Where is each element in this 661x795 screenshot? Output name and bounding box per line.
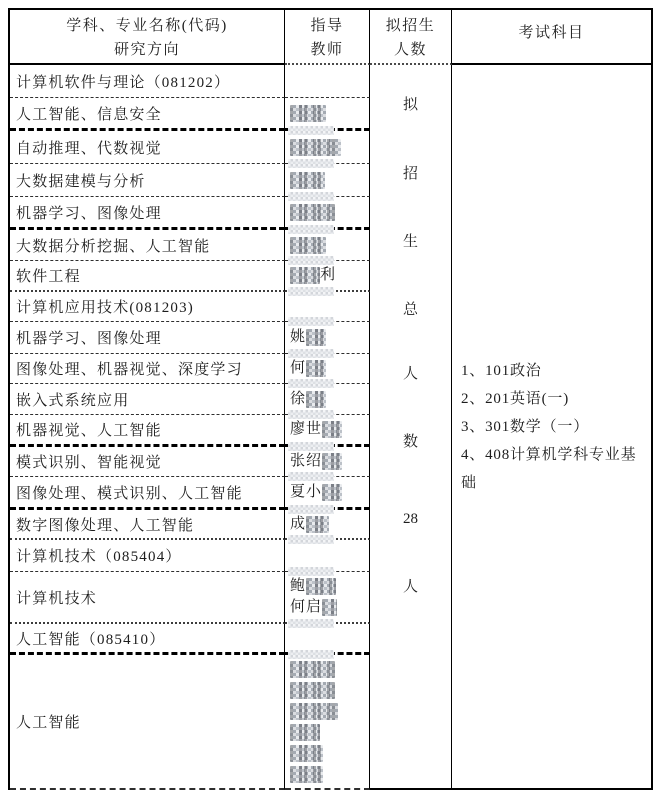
direction-cell: 自动推理、代数视觉	[10, 131, 285, 164]
redacted-name	[322, 453, 342, 470]
advisor-name-line: 成	[290, 514, 369, 535]
direction-cell: 机器学习、图像处理	[10, 197, 285, 230]
enrollment-vertical-char: 人	[370, 365, 451, 383]
advisor-name-fragment: 廖世	[290, 419, 322, 440]
direction-label: 人工智能、信息安全	[16, 103, 162, 124]
redaction-strip	[288, 287, 334, 296]
redaction-strip	[288, 379, 334, 388]
direction-cell: 大数据建模与分析	[10, 164, 285, 197]
advisor-name-line: 夏小	[290, 482, 369, 503]
advisor-name-line: 张绍	[290, 451, 369, 472]
advisor-name-line	[290, 701, 369, 722]
advisor-name-fragment: 夏小	[290, 482, 322, 503]
enrollment-vertical-char: 总	[370, 301, 451, 319]
redacted-name	[290, 766, 323, 783]
redaction-strip	[288, 535, 334, 544]
advisor-name-fragment: 鲍	[290, 576, 306, 597]
direction-cell: 计算机软件与理论（081202）	[10, 65, 285, 98]
redaction-strip	[288, 472, 334, 481]
direction-cell: 人工智能	[10, 655, 285, 790]
exam-subject-item: 4、408计算机学科专业基础	[461, 441, 643, 497]
header-enrollment-line2: 人数	[394, 38, 427, 59]
direction-label: 大数据建模与分析	[16, 170, 146, 191]
advisor-name-line	[290, 103, 369, 124]
exam-subject-item: 1、101政治	[461, 357, 643, 385]
advisor-name-fragment: 利	[320, 265, 336, 286]
direction-cell: 计算机技术	[10, 572, 285, 624]
redaction-strip	[288, 410, 334, 419]
advisor-name-line: 姚	[290, 327, 369, 348]
direction-cell: 模式识别、智能视觉	[10, 447, 285, 477]
exam-subject-item: 2、201英语(一)	[461, 385, 643, 413]
redacted-name	[290, 703, 338, 720]
direction-cell: 机器视觉、人工智能	[10, 415, 285, 447]
direction-cell: 嵌入式系统应用	[10, 384, 285, 415]
direction-label: 机器学习、图像处理	[16, 327, 162, 348]
enrollment-vertical-char: 数	[370, 433, 451, 451]
redaction-strip	[288, 567, 334, 576]
redacted-name	[290, 204, 335, 221]
exam-subjects-merged-cell: 1、101政治2、201英语(一)3、301数学（一）4、408计算机学科专业基…	[452, 65, 651, 790]
direction-label: 人工智能	[16, 711, 81, 732]
header-subject-line1: 学科、专业名称(代码)	[66, 14, 228, 35]
redacted-name	[290, 172, 325, 189]
advisor-name-line	[290, 659, 369, 680]
redacted-name	[322, 484, 342, 501]
direction-cell: 计算机技术（085404）	[10, 540, 285, 572]
redaction-strip	[288, 505, 334, 514]
advisor-name-fragment: 徐	[290, 389, 306, 410]
advisor-name-line	[290, 680, 369, 701]
redacted-name	[306, 329, 326, 346]
enrollment-merged-cell: 拟招生总人数28人	[370, 65, 452, 790]
redacted-name	[290, 237, 326, 254]
direction-label: 人工智能（085410）	[16, 628, 165, 649]
advisor-name-line	[290, 743, 369, 764]
direction-label: 软件工程	[16, 265, 81, 286]
redaction-strip	[288, 619, 334, 628]
redaction-strip	[288, 192, 334, 201]
redacted-name	[306, 360, 326, 377]
advisor-name-fragment: 何启	[290, 597, 322, 618]
advisor-cell: 鲍何启	[285, 572, 370, 624]
direction-cell: 图像处理、模式识别、人工智能	[10, 477, 285, 510]
enrollment-vertical-char: 28	[370, 510, 451, 528]
redacted-name	[290, 661, 335, 678]
header-exam-subjects: 考试科目	[452, 10, 651, 65]
direction-cell: 人工智能、信息安全	[10, 98, 285, 131]
redaction-strip	[288, 256, 334, 265]
advisor-name-line	[290, 235, 369, 256]
enrollment-vertical-char: 生	[370, 233, 451, 251]
direction-cell: 计算机应用技术(081203)	[10, 292, 285, 322]
direction-label: 自动推理、代数视觉	[16, 137, 162, 158]
direction-label: 大数据分析挖掘、人工智能	[16, 235, 210, 256]
advisor-name-line	[290, 170, 369, 191]
direction-label: 计算机软件与理论（081202）	[16, 71, 230, 92]
redaction-strip	[288, 317, 334, 326]
direction-label: 机器学习、图像处理	[16, 202, 162, 223]
direction-label: 计算机技术（085404）	[16, 545, 182, 566]
redacted-name	[306, 578, 336, 595]
advisor-name-fragment: 张绍	[290, 451, 322, 472]
header-exam-subjects-label: 考试科目	[518, 21, 584, 42]
direction-label: 计算机技术	[16, 587, 97, 608]
redacted-name	[290, 724, 320, 741]
redacted-name	[322, 421, 342, 438]
redacted-name	[290, 745, 323, 762]
advisor-name-line	[290, 202, 369, 223]
admissions-table: 学科、专业名称(代码) 研究方向 指导 教师 拟招生 人数 考试科目 拟招生总人…	[8, 8, 653, 790]
redacted-name	[290, 139, 341, 156]
advisor-name-line	[290, 722, 369, 743]
redaction-strip	[288, 126, 334, 135]
redacted-name	[290, 682, 335, 699]
redaction-strip	[288, 442, 334, 451]
header-subject-line2: 研究方向	[114, 38, 180, 59]
advisor-name-line	[290, 764, 369, 785]
enrollment-vertical-char: 招	[370, 165, 451, 183]
enrollment-vertical-char: 人	[370, 578, 451, 596]
redacted-name	[306, 516, 329, 533]
direction-cell: 大数据分析挖掘、人工智能	[10, 230, 285, 261]
direction-label: 图像处理、模式识别、人工智能	[16, 482, 243, 503]
enrollment-vertical-char: 拟	[370, 96, 451, 114]
direction-cell: 数字图像处理、人工智能	[10, 510, 285, 540]
document-page: 学科、专业名称(代码) 研究方向 指导 教师 拟招生 人数 考试科目 拟招生总人…	[0, 0, 661, 795]
direction-cell: 机器学习、图像处理	[10, 322, 285, 354]
redaction-strip	[288, 159, 334, 168]
advisor-name-fragment: 何	[290, 358, 306, 379]
redacted-name	[322, 599, 337, 616]
redacted-name	[290, 267, 320, 284]
direction-label: 数字图像处理、人工智能	[16, 514, 194, 535]
redaction-strip	[288, 349, 334, 358]
advisor-name-line: 徐	[290, 389, 369, 410]
redacted-name	[290, 105, 326, 122]
redacted-name	[306, 391, 326, 408]
advisor-cell	[285, 655, 370, 790]
direction-cell: 软件工程	[10, 261, 285, 292]
direction-label: 图像处理、机器视觉、深度学习	[16, 358, 243, 379]
redaction-strip	[288, 225, 334, 234]
advisor-name-line: 鲍	[290, 576, 369, 597]
advisor-name-fragment: 成	[290, 514, 306, 535]
exam-subject-item: 3、301数学（一）	[461, 413, 643, 441]
advisor-name-line: 何	[290, 358, 369, 379]
advisor-name-line	[290, 137, 369, 158]
advisor-name-line: 何启	[290, 597, 369, 618]
header-advisor-line1: 指导	[310, 14, 343, 35]
direction-label: 嵌入式系统应用	[16, 389, 129, 410]
header-advisor: 指导 教师	[285, 10, 370, 65]
redaction-strip	[288, 650, 334, 659]
advisor-cell	[285, 65, 370, 98]
advisor-name-line: 廖世	[290, 419, 369, 440]
direction-cell: 图像处理、机器视觉、深度学习	[10, 354, 285, 384]
advisor-name-line: 利	[290, 265, 369, 286]
header-enrollment-line1: 拟招生	[386, 14, 436, 35]
direction-cell: 人工智能（085410）	[10, 624, 285, 655]
header-subject-direction: 学科、专业名称(代码) 研究方向	[10, 10, 285, 65]
direction-label: 机器视觉、人工智能	[16, 419, 162, 440]
header-enrollment: 拟招生 人数	[370, 10, 452, 65]
advisor-name-fragment: 姚	[290, 327, 306, 348]
exam-subjects-list: 1、101政治2、201英语(一)3、301数学（一）4、408计算机学科专业基…	[452, 357, 651, 497]
header-advisor-line2: 教师	[310, 38, 343, 59]
direction-label: 计算机应用技术(081203)	[16, 296, 194, 317]
direction-label: 模式识别、智能视觉	[16, 451, 162, 472]
